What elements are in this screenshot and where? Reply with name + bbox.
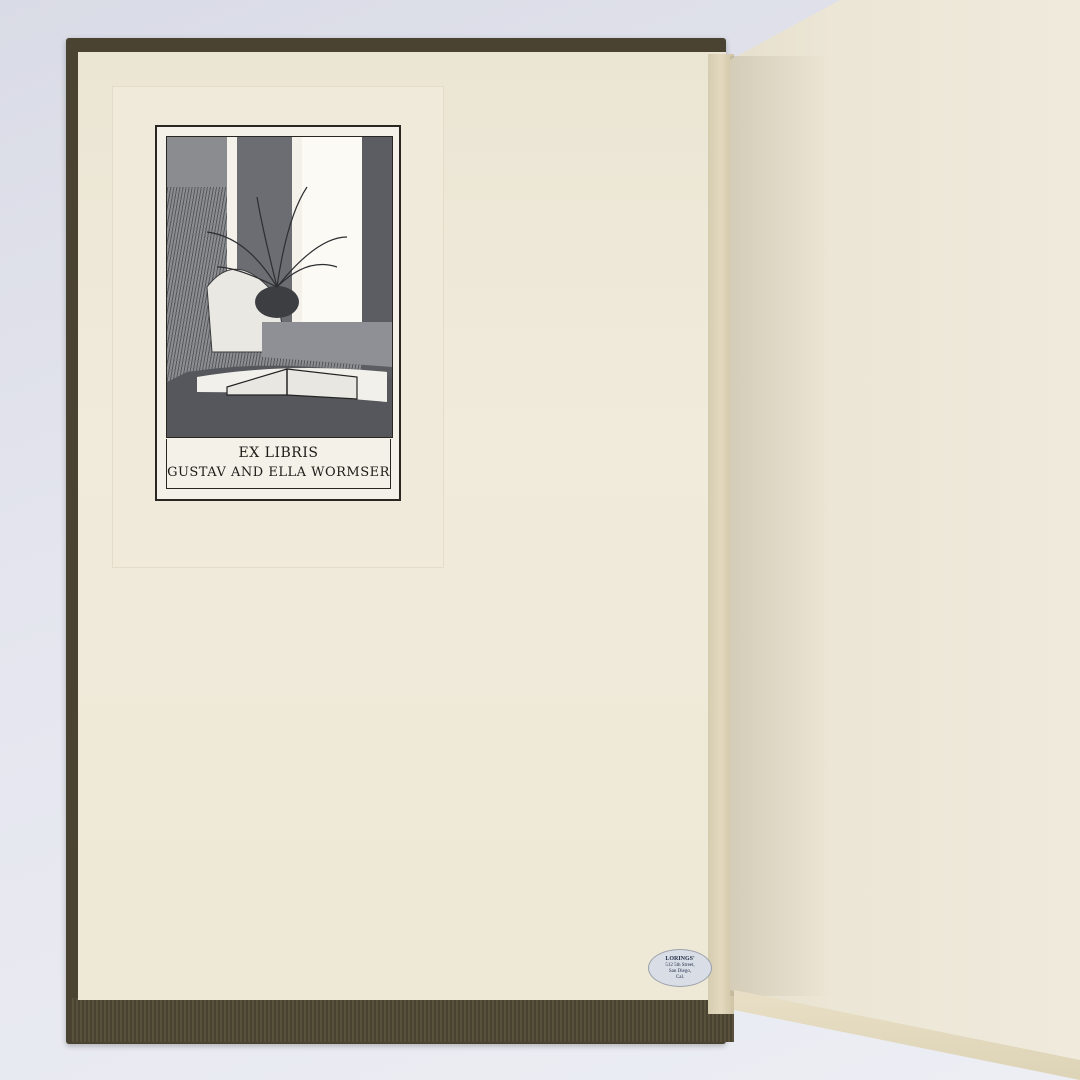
bookseller-name: LORINGS' xyxy=(665,956,694,962)
ex-libris-text: EX LIBRIS xyxy=(167,445,390,461)
owner-names-text: GUSTAV AND ELLA WORMSER xyxy=(167,465,390,480)
bookplate-illustration xyxy=(166,136,393,438)
bookplate-caption: EX LIBRIS GUSTAV AND ELLA WORMSER xyxy=(166,439,391,489)
bookseller-address-3: Cal. xyxy=(676,975,684,980)
bookseller-address-2: San Diego, xyxy=(669,969,691,974)
bookseller-address-1: 512 5th Street, xyxy=(665,963,694,968)
bookplate: EX LIBRIS GUSTAV AND ELLA WORMSER xyxy=(155,125,401,501)
bookseller-label: LORINGS' 512 5th Street, San Diego, Cal. xyxy=(648,949,712,987)
cover-cloth-edge xyxy=(70,998,734,1042)
page-shadow xyxy=(730,56,830,996)
